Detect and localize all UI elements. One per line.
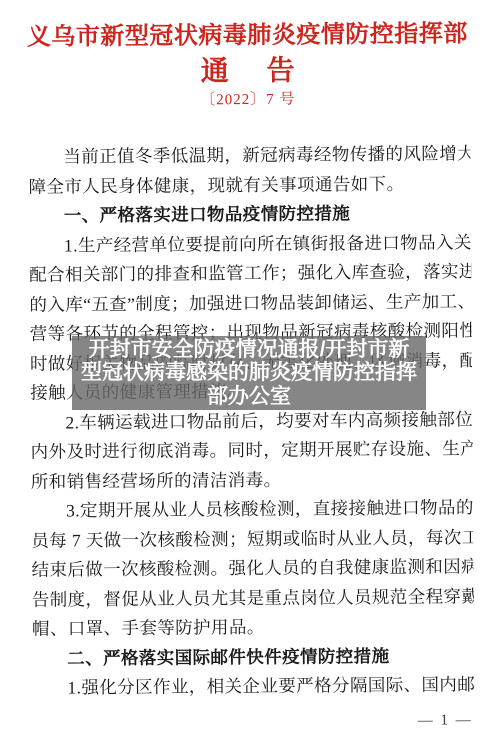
watermark-line: 开封市安全防疫情况通报/开封市新 [89, 338, 410, 362]
body-line: 1.强化分区作业，相关企业要严格分隔国际、国内邮件快件 [32, 670, 474, 703]
body-line: 3.定期开展从业人员核酸检测，直接接触进口物品的从业人 [31, 493, 473, 526]
body-line: 障全市人民身体健康，现就有关事项通告如下。 [28, 169, 470, 202]
notice-body: 当前正值冬季低温期，新冠病毒经物传播的风险增大，为保 障全市人民身体健康，现就有… [28, 139, 474, 703]
issuing-org-title: 义乌市新型冠状病毒肺炎疫情防控指挥部 [0, 13, 497, 52]
body-line: 当前正值冬季低温期，新冠病毒经物传播的风险增大，为保 [28, 139, 470, 172]
body-line: 所和销售经营场所的清洁消毒。 [31, 464, 473, 497]
body-line: 配合相关部门的排查和监管工作；强化入库查验，落实进口物品 [29, 257, 471, 290]
document-page: 义乌市新型冠状病毒肺炎疫情防控指挥部 通 告 〔2022〕7 号 当前正值冬季低… [0, 0, 500, 743]
body-line: 告制度，督促从业人员尤其是重点岗位人员规范全程穿戴工作衣 [32, 582, 474, 615]
body-line: 的入库“五查”制度；加强进口物品装卸储运、生产加工、销售经 [29, 287, 471, 320]
body-line: 员每 7 天做一次核酸检测；短期或临时从业人员，每次工作任务 [31, 523, 473, 556]
section-heading: 一、严格落实进口物品疫情防控措施 [29, 198, 471, 231]
caption-watermark-overlay: 开封市安全防疫情况通报/开封市新 型冠状病毒感染的肺炎疫情防控指挥 部办公室 [72, 336, 426, 410]
notice-heading: 通 告 [0, 47, 498, 91]
section-heading: 二、严格落实国际邮件快件疫情防控措施 [32, 641, 474, 674]
body-line: 内外及时进行彻底消毒。同时，定期开展贮存设施、生产加工场 [31, 434, 473, 467]
watermark-line: 部办公室 [207, 385, 291, 409]
page-number: — 1 — [418, 712, 473, 729]
issue-number: 〔2022〕7 号 [0, 86, 498, 111]
body-line: 帽、口罩、手套等防护用品。 [32, 611, 474, 644]
body-line: 1.生产经营单位要提前向所在镇街报备进口物品入关情况， [29, 228, 471, 261]
body-line: 结束后做一次核酸检测。强化人员的自我健康监测和因病缺勤报 [31, 552, 473, 585]
watermark-line: 型冠状病毒感染的肺炎疫情防控指挥 [81, 361, 417, 385]
